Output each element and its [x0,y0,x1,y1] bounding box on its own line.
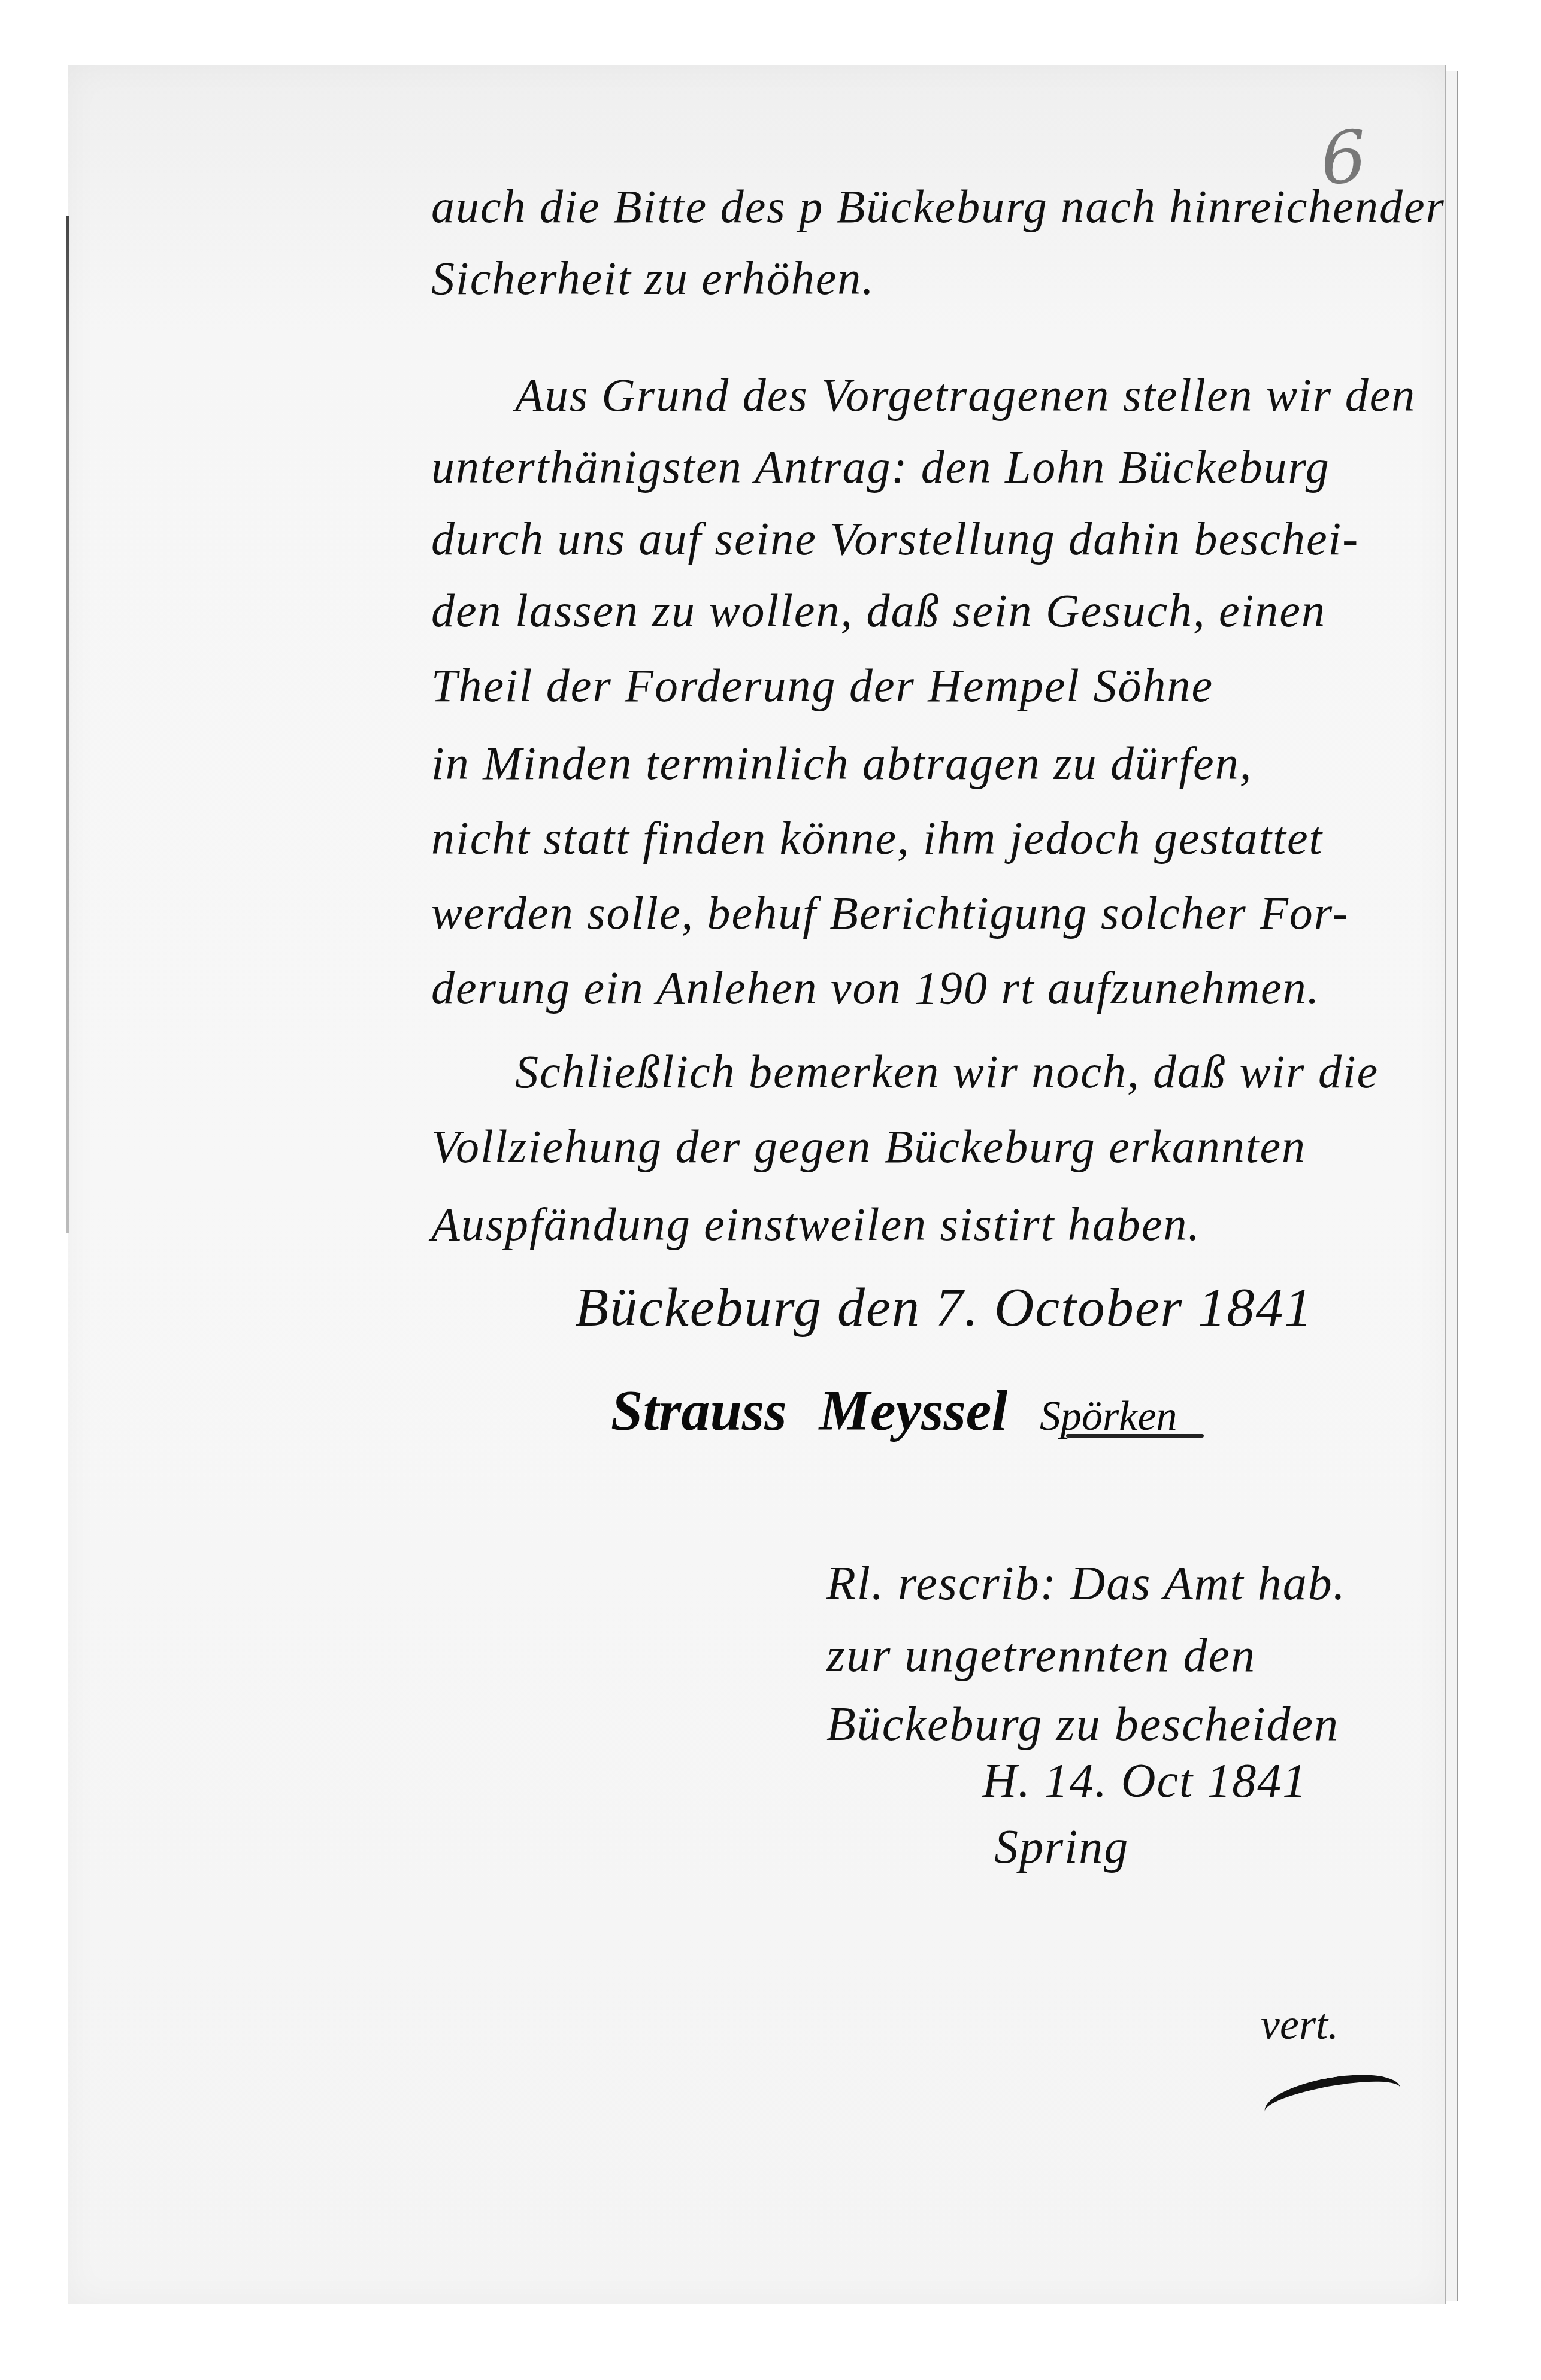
body-line-5: durch uns auf seine Vorstellung dahin be… [431,512,1359,566]
binding-edge [66,216,69,1233]
annotation-line-3: Bückeburg zu bescheiden [826,1697,1339,1752]
annotation-line-1: Rl. rescrib: Das Amt hab. [826,1557,1346,1611]
body-line-2: Sicherheit zu erhöhen. [431,251,875,305]
verte-mark: vert. [1261,2000,1339,2049]
body-line-9: nicht statt finden könne, ihm jedoch ges… [431,811,1323,865]
body-line-14: Auspfändung einstweilen sistirt haben. [431,1197,1201,1251]
body-line-13: Vollziehung der gegen Bückeburg erkannte… [431,1120,1306,1174]
body-line-3: Aus Grund des Vorgetragenen stellen wir … [515,368,1416,422]
body-line-4: unterthänigsten Antrag: den Lohn Bückebu… [431,440,1330,494]
date-line: Bückeburg den 7. October 1841 [575,1275,1313,1339]
signature-flourish [1066,1434,1204,1438]
body-line-1: auch die Bitte des p Bückeburg nach hinr… [431,180,1445,234]
body-line-11: derung ein Anlehen von 190 rt aufzunehme… [431,961,1320,1015]
signature-1: Strauss [611,1378,787,1442]
annotation-line-2: zur ungetrennten den [826,1629,1256,1683]
annotation-signature: Spring [994,1820,1129,1875]
body-line-12: Schließlich bemerken wir noch, daß wir d… [515,1045,1379,1099]
body-line-8: in Minden terminlich abtragen zu dürfen, [431,736,1252,790]
signature-3: Spörken [1040,1393,1177,1439]
body-line-6: den lassen zu wollen, daß sein Gesuch, e… [431,584,1326,638]
annotation-date: H. 14. Oct 1841 [982,1754,1307,1809]
signature-2: Meyssel [819,1378,1008,1442]
body-line-10: werden solle, behuf Berichtigung solcher… [431,886,1349,940]
body-line-7: Theil der Forderung der Hempel Söhne [431,659,1213,713]
